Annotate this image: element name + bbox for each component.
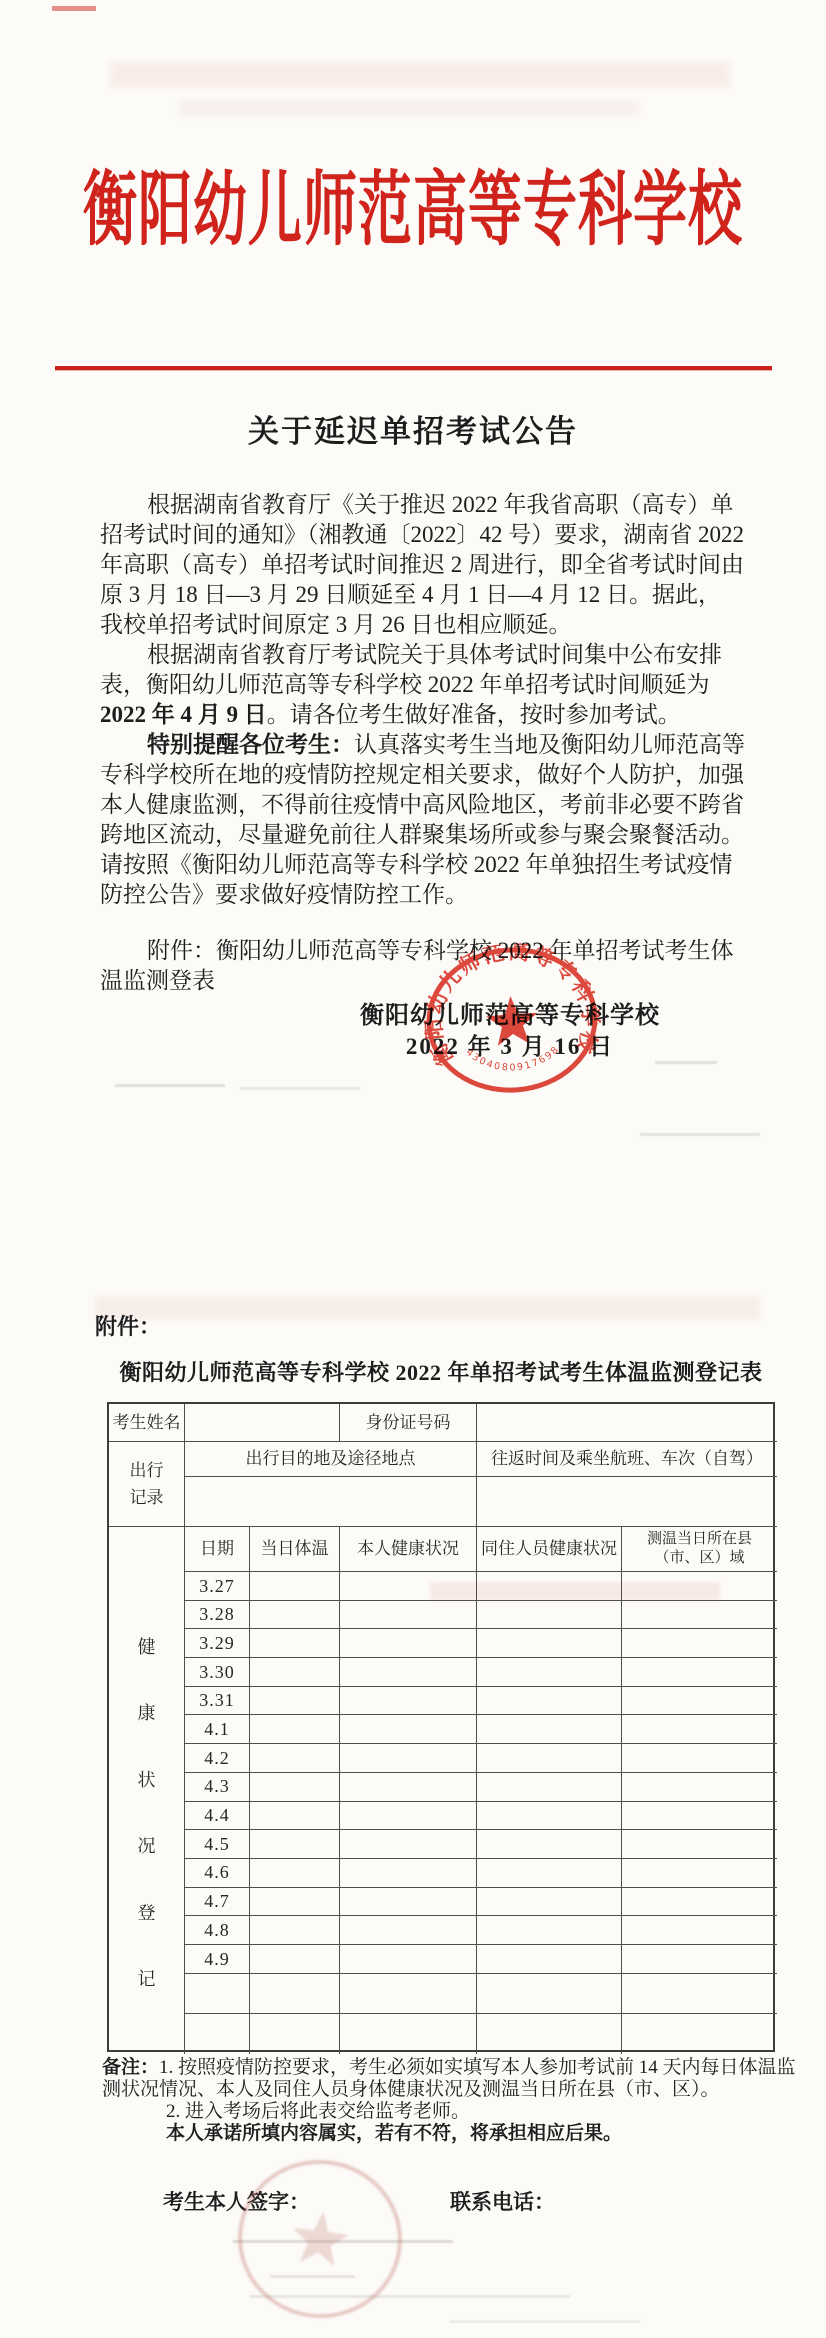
entry-cell bbox=[250, 1715, 340, 1744]
date-cell: 4.1 bbox=[185, 1715, 250, 1744]
entry-cell bbox=[622, 2014, 777, 2054]
entry-cell bbox=[622, 1945, 777, 1974]
scan-artifact bbox=[240, 1087, 360, 1090]
entry-cell bbox=[340, 1830, 477, 1859]
health-register-char: 健 bbox=[138, 1636, 156, 1659]
entry-cell bbox=[250, 1859, 340, 1888]
entry-cell bbox=[250, 1802, 340, 1831]
entry-cell bbox=[622, 1888, 777, 1917]
entry-cell bbox=[622, 1859, 777, 1888]
scan-artifact bbox=[640, 1133, 760, 1136]
entry-cell bbox=[250, 1945, 340, 1974]
scan-artifact bbox=[110, 62, 730, 88]
date-cell: 3.29 bbox=[185, 1629, 250, 1658]
text-line: 原 3 月 18 日—3 月 29 日顺延至 4 月 1 日—4 月 12 日。… bbox=[100, 580, 742, 610]
entry-cell bbox=[622, 1601, 777, 1630]
entry-cell bbox=[622, 1744, 777, 1773]
col-header-cohabitant-health: 同住人员健康状况 bbox=[477, 1527, 622, 1572]
candidate-name-label: 考生姓名 bbox=[109, 1404, 185, 1442]
date-cell: 4.9 bbox=[185, 1945, 250, 1974]
entry-cell bbox=[340, 1802, 477, 1831]
entry-cell bbox=[477, 1601, 622, 1630]
entry-cell bbox=[477, 1830, 622, 1859]
entry-cell bbox=[340, 1601, 477, 1630]
col-header-temperature: 当日体温 bbox=[250, 1527, 340, 1572]
notice-title: 关于延迟单招考试公告 bbox=[0, 406, 826, 451]
health-register-char: 状 bbox=[138, 1769, 156, 1792]
entry-cell bbox=[477, 1974, 622, 2014]
entry-cell bbox=[185, 1974, 250, 2014]
official-seal: 衡阳幼儿师范高等专科学校 4304080917698 bbox=[417, 938, 607, 1102]
entry-cell bbox=[340, 1773, 477, 1802]
date-cell: 4.3 bbox=[185, 1773, 250, 1802]
entry-cell bbox=[477, 1802, 622, 1831]
text-line: 2. 进入考场后将此表交给监考老师。 bbox=[102, 2101, 768, 2123]
date-cell: 3.31 bbox=[185, 1687, 250, 1716]
text-line: 根据湖南省教育厅考试院关于具体考试时间集中公布安排 bbox=[100, 640, 742, 670]
entry-cell bbox=[250, 1916, 340, 1945]
seal-star-icon bbox=[485, 994, 540, 1046]
entry-cell bbox=[622, 1687, 777, 1716]
destination-value-cell bbox=[185, 1477, 477, 1527]
date-cell: 4.2 bbox=[185, 1744, 250, 1773]
entry-cell bbox=[250, 1601, 340, 1630]
entry-cell bbox=[622, 1629, 777, 1658]
text-line: 本人承诺所填内容属实，若有不符，将承担相应后果。 bbox=[102, 2123, 768, 2145]
entry-cell bbox=[250, 1744, 340, 1773]
entry-cell bbox=[185, 2014, 250, 2054]
appendix-table-title: 衡阳幼儿师范高等专科学校 2022 年单招考试考生体温监测登记表 bbox=[107, 1356, 775, 1387]
entry-cell bbox=[477, 1572, 622, 1601]
health-register-char: 记 bbox=[138, 1968, 156, 1991]
scan-artifact bbox=[450, 2320, 640, 2323]
entry-cell bbox=[477, 1715, 622, 1744]
entry-cell bbox=[250, 1974, 340, 2014]
entry-cell bbox=[340, 1572, 477, 1601]
phone-field-label: 联系电话： bbox=[450, 2186, 555, 2216]
entry-cell bbox=[477, 2014, 622, 2054]
entry-cell bbox=[477, 1888, 622, 1917]
col-header-date: 日期 bbox=[185, 1527, 250, 1572]
entry-cell bbox=[622, 1658, 777, 1687]
text-line: 表，衡阳幼儿师范高等专科学校 2022 年单招考试时间顺延为 bbox=[100, 670, 742, 700]
entry-cell bbox=[340, 1916, 477, 1945]
scan-artifact bbox=[115, 1084, 225, 1087]
entry-cell bbox=[622, 1572, 777, 1601]
text-line: 防控公告》要求做好疫情防控工作。 bbox=[100, 880, 742, 910]
entry-cell bbox=[622, 1715, 777, 1744]
scan-artifact bbox=[52, 6, 96, 11]
entry-cell bbox=[250, 1687, 340, 1716]
entry-cell bbox=[340, 1744, 477, 1773]
health-register-char: 登 bbox=[138, 1902, 156, 1925]
text-line: 2022 年 4 月 9 日。请各位考生做好准备，按时参加考试。 bbox=[100, 700, 742, 730]
entry-cell bbox=[477, 1744, 622, 1773]
temperature-table: 考生姓名 身份证号码 出行 记录 出行目的地及途径地点 往返时间及乘坐航班、车次… bbox=[107, 1402, 775, 2052]
text-line: 备注：1. 按照疫情防控要求，考生必须如实填写本人参加考试前 14 天内每日体温… bbox=[102, 2057, 768, 2079]
candidate-name-value-cell bbox=[185, 1404, 340, 1442]
travel-record-label-line1: 出行 bbox=[130, 1460, 164, 1481]
id-number-value-cell bbox=[477, 1404, 777, 1442]
date-cell: 3.30 bbox=[185, 1658, 250, 1687]
entry-cell bbox=[477, 1945, 622, 1974]
entry-cell bbox=[340, 1658, 477, 1687]
entry-cell bbox=[477, 1629, 622, 1658]
entry-cell bbox=[250, 1888, 340, 1917]
entry-cell bbox=[250, 1572, 340, 1601]
travel-record-label-line2: 记录 bbox=[130, 1487, 164, 1508]
scan-artifact bbox=[655, 1061, 717, 1064]
entry-cell bbox=[477, 1687, 622, 1716]
appendix-label: 附件： bbox=[95, 1310, 161, 1341]
trip-time-header: 往返时间及乘坐航班、车次（自驾） bbox=[477, 1442, 777, 1477]
date-cell: 4.4 bbox=[185, 1802, 250, 1831]
entry-cell bbox=[340, 1974, 477, 2014]
date-cell: 4.7 bbox=[185, 1888, 250, 1917]
entry-cell bbox=[477, 1916, 622, 1945]
scanned-notice-page: 衡阳幼儿师范高等专科学校 关于延迟单招考试公告 根据湖南省教育厅《关于推迟 20… bbox=[0, 0, 826, 2338]
text-line: 年高职（高专）单招考试时间推迟 2 周进行，即全省考试时间由 bbox=[100, 550, 742, 580]
destination-header: 出行目的地及途径地点 bbox=[185, 1442, 477, 1477]
text-line: 测状况情况、本人及同住人员身体健康状况及测温当日所在县（市、区）。 bbox=[102, 2079, 768, 2101]
col-header-location: 测温当日所在县（市、区）域 bbox=[622, 1527, 777, 1572]
entry-cell bbox=[250, 1830, 340, 1859]
trip-time-value-cell bbox=[477, 1477, 777, 1527]
svg-text:4304080917698: 4304080917698 bbox=[463, 1041, 563, 1077]
date-cell: 3.28 bbox=[185, 1601, 250, 1630]
entry-cell bbox=[477, 1773, 622, 1802]
table-notes: 备注：1. 按照疫情防控要求，考生必须如实填写本人参加考试前 14 天内每日体温… bbox=[102, 2057, 768, 2145]
entry-cell bbox=[340, 1629, 477, 1658]
entry-cell bbox=[250, 2014, 340, 2054]
entry-cell bbox=[622, 1830, 777, 1859]
ghost-seal bbox=[225, 2146, 416, 2332]
health-register-label: 健康状况登记 bbox=[109, 1527, 185, 2054]
entry-cell bbox=[250, 1629, 340, 1658]
date-cell: 4.5 bbox=[185, 1830, 250, 1859]
entry-cell bbox=[340, 2014, 477, 2054]
date-cell: 4.8 bbox=[185, 1916, 250, 1945]
text-line: 我校单招考试时间原定 3 月 26 日也相应顺延。 bbox=[100, 610, 742, 640]
date-cell: 3.27 bbox=[185, 1572, 250, 1601]
ghost-seal-star-icon bbox=[289, 2208, 351, 2268]
entry-cell bbox=[250, 1658, 340, 1687]
entry-cell bbox=[340, 1715, 477, 1744]
entry-cell bbox=[622, 1773, 777, 1802]
text-line: 招考试时间的通知》（湘教通〔2022〕42 号）要求，湖南省 2022 bbox=[100, 520, 742, 550]
entry-cell bbox=[340, 1859, 477, 1888]
seal-serial: 4304080917698 bbox=[463, 1041, 563, 1077]
entry-cell bbox=[250, 1773, 340, 1802]
scan-artifact bbox=[95, 1296, 760, 1320]
text-line: 特别提醒各位考生：认真落实考生当地及衡阳幼儿师范高等 bbox=[100, 730, 742, 760]
date-cell: 4.6 bbox=[185, 1859, 250, 1888]
scan-artifact bbox=[180, 100, 640, 116]
letterhead-divider bbox=[55, 366, 772, 370]
health-register-char: 况 bbox=[138, 1835, 156, 1858]
text-line: 请按照《衡阳幼儿师范高等专科学校 2022 年单独招生考试疫情 bbox=[100, 850, 742, 880]
letterhead-school-name: 衡阳幼儿师范高等专科学校 bbox=[0, 146, 826, 262]
travel-record-label: 出行 记录 bbox=[109, 1442, 185, 1527]
entry-cell bbox=[340, 1945, 477, 1974]
text-line: 根据湖南省教育厅《关于推迟 2022 年我省高职（高专）单 bbox=[100, 490, 742, 520]
entry-cell bbox=[340, 1888, 477, 1917]
entry-cell bbox=[340, 1687, 477, 1716]
entry-cell bbox=[622, 1916, 777, 1945]
entry-cell bbox=[477, 1658, 622, 1687]
entry-cell bbox=[477, 1859, 622, 1888]
notice-body: 根据湖南省教育厅《关于推迟 2022 年我省高职（高专）单招考试时间的通知》（湘… bbox=[100, 490, 742, 910]
health-register-char: 康 bbox=[138, 1702, 156, 1725]
text-line: 本人健康监测，不得前往疫情中高风险地区，考前非必要不跨省 bbox=[100, 790, 742, 820]
text-line: 专科学校所在地的疫情防控规定相关要求，做好个人防护，加强 bbox=[100, 760, 742, 790]
entry-cell bbox=[622, 1974, 777, 2014]
text-line: 跨地区流动，尽量避免前往人群聚集场所或参与聚会聚餐活动。 bbox=[100, 820, 742, 850]
col-header-self-health: 本人健康状况 bbox=[340, 1527, 477, 1572]
id-number-label: 身份证号码 bbox=[340, 1404, 477, 1442]
entry-cell bbox=[622, 1802, 777, 1831]
